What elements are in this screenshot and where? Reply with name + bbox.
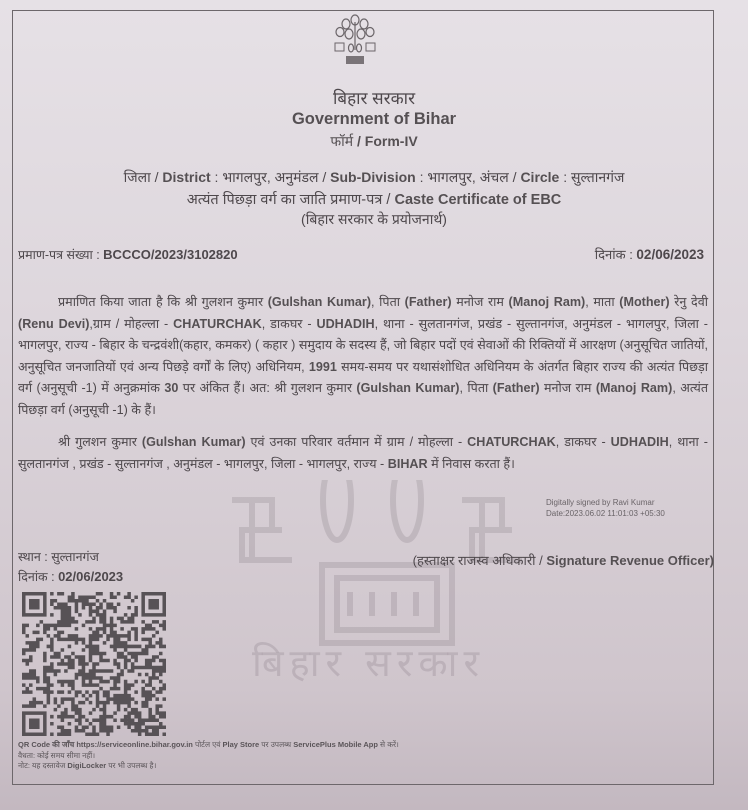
applicant-name: (Gulshan Kumar) [356,381,459,395]
certificate-title-hindi: अत्यंत पिछड़ा वर्ग का जाति प्रमाण-पत्र [187,192,383,208]
state: BIHAR [388,457,428,471]
post-office: UDHADIH [611,435,669,449]
text: पर उपलब्ध [259,740,293,749]
text: रेनु देवी [670,295,708,309]
serial-number: 30 [164,381,178,395]
text: ,ग्राम / मोहल्ला - [89,317,173,331]
text: से करें। [378,740,399,749]
issue-date-value: 02/06/2023 [58,569,123,584]
text: QR Code की जाँच [18,740,76,749]
father-name: (Manoj Ram) [509,295,586,309]
father-label: (Father) [493,381,540,395]
certificate-number: प्रमाण-पत्र संख्या : BCCCO/2023/3102820 [18,246,238,263]
place-value: सुल्तानगंज [51,550,99,564]
certificate-title: अत्यंत पिछड़ा वर्ग का जाति प्रमाण-पत्र /… [0,189,748,209]
text: मनोज राम [540,381,596,395]
certificate-date: दिनांक : 02/06/2023 [595,245,704,263]
issue-place: स्थान : सुल्तानगंज [18,548,99,565]
text: , पिता [460,381,493,395]
district-value: भागलपुर [222,169,267,185]
header-title-english: Government of Bihar [0,110,748,129]
district-label-en: District [162,169,210,185]
issue-date-label: दिनांक [18,570,48,584]
certificate-body-paragraph-2: श्री गुलशन कुमार (Gulshan Kumar) एवं उनक… [18,432,708,475]
applicant-name: (Gulshan Kumar) [268,295,371,309]
signature-label-hindi: (हस्ताक्षर राजस्व अधिकारी [413,553,536,568]
text: , माता [585,295,619,309]
digital-signature: Digitally signed by Ravi Kumar Date:2023… [546,497,665,519]
certificate-date-value: 02/06/2023 [636,247,704,262]
text: में निवास करता हैं। [428,457,515,471]
signature-revenue-officer: (हस्ताक्षर राजस्व अधिकारी / Signature Re… [413,551,714,569]
father-name: (Manoj Ram) [596,381,672,395]
text: पर भी उपलब्ध है। [106,761,156,770]
village: CHATURCHAK [173,317,262,331]
text: एवं उनका परिवार वर्तमान में ग्राम / मोहल… [246,435,468,449]
text: , डाकघर - [262,317,317,331]
text: प्रमाणित किया जाता है कि श्री गुलशन कुमा… [58,295,268,309]
qr-code-icon [22,592,166,736]
subdivision-value: भागलपुर [427,169,472,185]
form-label-hindi: फॉर्म [330,133,353,149]
watermark-text: बिहार सरकार [252,636,485,688]
text: नोट: यह दस्तावेज [18,761,67,770]
footer-notes: QR Code की जाँच https://serviceonline.bi… [18,740,399,772]
certificate-number-value: BCCCO/2023/3102820 [103,247,237,262]
certificate-page: बिहार सरकार Government of Bihar फॉर्म / … [0,0,748,810]
form-number: फॉर्म / Form-IV [0,132,748,151]
text: श्री गुलशन कुमार [58,435,142,449]
text: पर अंकित हैं। अत: श्री गुलशन कुमार [178,381,356,395]
text: मनोज राम [452,295,509,309]
footer-note-verify: QR Code की जाँच https://serviceonline.bi… [18,740,399,751]
certificate-number-label: प्रमाण-पत्र संख्या [18,248,93,262]
digital-signature-signer: Digitally signed by Ravi Kumar [546,497,665,508]
village: CHATURCHAK [467,435,556,449]
applicant-name: (Gulshan Kumar) [142,435,246,449]
issue-date: दिनांक : 02/06/2023 [18,568,123,585]
certificate-purpose: (बिहार सरकार के प्रयोजनार्थ) [0,210,748,229]
form-label-english: Form-IV [365,133,418,149]
play-store: Play Store [223,740,260,749]
certificate-date-label: दिनांक [595,247,626,262]
mother-label: (Mother) [619,295,669,309]
circle-label-en: Circle [520,169,559,185]
subdivision-label-en: Sub-Division [330,169,416,185]
header-title-hindi: बिहार सरकार [0,86,748,109]
signature-label-english: Signature Revenue Officer) [546,553,714,568]
circle-label-hi: अंचल [480,169,509,185]
act-year: 1991 [309,360,337,374]
mother-name: (Renu Devi) [18,317,89,331]
bihar-emblem-icon [332,12,378,68]
circle-value: सुल्तानगंज [571,169,624,185]
footer-note-validity: वैधता: कोई समय सीमा नहीं। [18,751,399,762]
digilocker: DigiLocker [67,761,106,770]
subdivision-label-hi: अनुमंडल [275,169,319,185]
post-office: UDHADIH [316,317,374,331]
app-name: ServicePlus Mobile App [293,740,378,749]
jurisdiction-line: जिला / District : भागलपुर, अनुमंडल / Sub… [0,168,748,187]
certificate-body-paragraph-1: प्रमाणित किया जाता है कि श्री गुलशन कुमा… [18,292,708,422]
text: पोर्टल एवं [193,740,223,749]
district-label-hi: जिला [124,169,151,185]
father-label: (Father) [405,295,452,309]
text: , पिता [371,295,405,309]
digital-signature-date: Date:2023.06.02 11:01:03 +05:30 [546,508,665,519]
footer-note-digilocker: नोट: यह दस्तावेज DigiLocker पर भी उपलब्ध… [18,761,399,772]
text: , डाकघर - [556,435,611,449]
place-label: स्थान [18,550,41,564]
certificate-title-english: Caste Certificate of EBC [394,192,561,208]
verify-url: https://serviceonline.bihar.gov.in [76,740,193,749]
